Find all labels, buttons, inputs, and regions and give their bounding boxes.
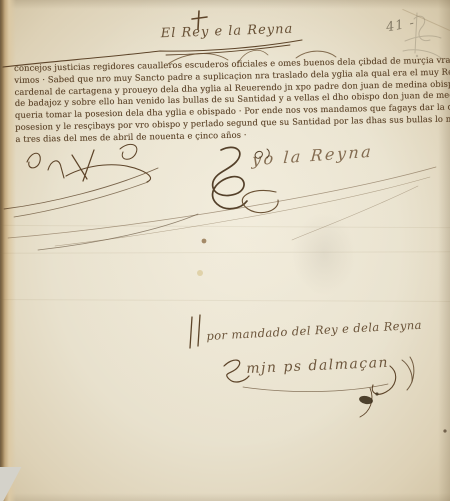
paper-corner-wedge	[0, 467, 30, 501]
queen-signature: yo la Reyna	[251, 142, 373, 170]
mandate-bars	[190, 315, 200, 348]
queen-signature-flourish	[8, 167, 436, 246]
ink-showthrough-smudge	[292, 212, 356, 296]
manuscript-page: El Rey e la Reyna 41 - concejos justicia…	[0, 0, 450, 501]
fold-crease-line	[0, 225, 450, 228]
fold-crease-line	[0, 299, 450, 302]
body-text: concejos justicias regidores caualleros …	[14, 55, 446, 146]
fold-crease-line	[0, 251, 450, 254]
folio-number: 41 -	[385, 16, 416, 36]
king-signature	[4, 144, 158, 217]
mandate-line: por mandado del Rey e dela Reyna	[206, 318, 422, 343]
secretary-signature: mjn ps dalmaçan	[246, 355, 389, 377]
header-docket: El Rey e la Reyna	[152, 21, 302, 41]
royal-paraph	[38, 147, 269, 250]
